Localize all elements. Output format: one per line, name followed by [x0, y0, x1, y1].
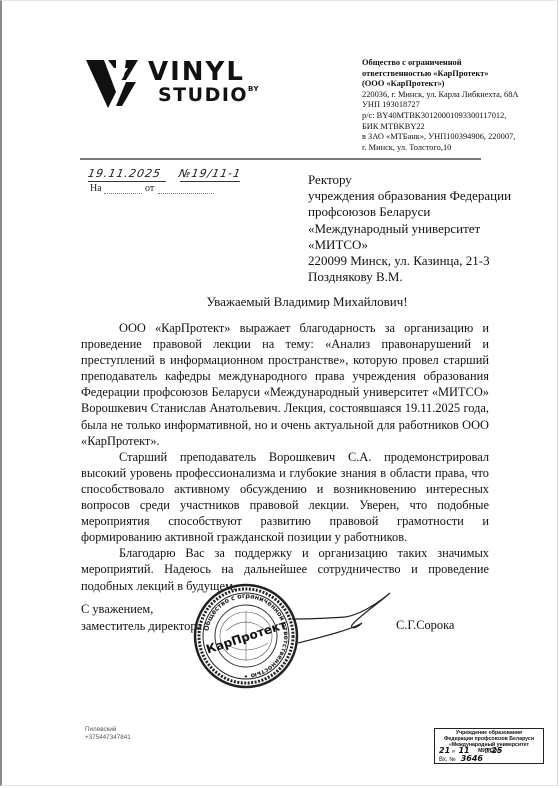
- company-letterhead-info: Общество с ограниченной ответственностью…: [362, 58, 552, 153]
- seal-center-text: КарПротект: [204, 617, 288, 656]
- company-seal-stamp: Общество с ограниченной ответственностью…: [193, 583, 299, 689]
- company-name-line: Общество с ограниченной: [362, 58, 552, 69]
- incoming-day: 21: [439, 746, 450, 755]
- company-name-line: ответственностью «КарПротект»: [362, 69, 552, 80]
- in-reply-label: На: [90, 183, 102, 194]
- company-address: 220036, г. Минск, ул. Карла Либкнехта, 6…: [362, 90, 552, 101]
- recipient-address-block: Ректору учреждения образования Федерации…: [308, 172, 548, 285]
- company-unp: УНП 193018727: [362, 100, 552, 111]
- letter-body: ООО «КарПротект» выражает благодарность …: [81, 320, 489, 594]
- closing-regards: С уважением,: [81, 601, 202, 618]
- body-paragraph: ООО «КарПротект» выражает благодарность …: [81, 320, 489, 449]
- in-reply-blank: [104, 193, 142, 194]
- company-bank-name: в ЗАО «МТБанк», УНП100394906, 220007,: [362, 132, 552, 143]
- recipient-line: Позднякову В.М.: [308, 269, 548, 285]
- recipient-line: учреждения образования Федерации: [308, 188, 548, 204]
- handwritten-signature: [290, 585, 400, 645]
- number-underline: [180, 181, 240, 182]
- recipient-line: профсоюзов Беларуси: [308, 204, 548, 220]
- incoming-year-suffix: 25: [491, 746, 502, 755]
- outgoing-date-number: 19.11.2025 №19/11-1: [87, 167, 242, 180]
- body-paragraph: Старший преподаватель Ворошкевич С.А. пр…: [81, 449, 489, 546]
- recipient-line: 220099 Минск, ул. Казинца, 21-3: [308, 253, 548, 269]
- company-name-line: (ООО «КарПротект»): [362, 79, 552, 90]
- from-label: от: [145, 183, 154, 194]
- seal-icon: Общество с ограниченной ответственностью…: [193, 583, 299, 689]
- incoming-number: Вх. № 3646: [439, 756, 539, 763]
- executor-info: Пилевский +375447347841: [85, 726, 131, 742]
- executor-name: Пилевский: [85, 726, 131, 734]
- v-mark-icon: [86, 58, 144, 110]
- logo-word-vinyl: VINYL: [148, 58, 245, 86]
- outgoing-date: 19.11.2025: [87, 167, 162, 180]
- company-bank-account: р/с: BY40MTBK30120001093300117012,: [362, 111, 552, 122]
- incoming-date: 21 » 11 2025: [439, 748, 539, 756]
- salutation-text: Уважаемый Владимир Михайлович!: [206, 294, 407, 310]
- outgoing-number: 19/11-1: [190, 167, 242, 180]
- company-bank-address: г. Минск, ул. Толстого,10: [362, 143, 552, 154]
- company-bik: БИК MTBKBY22: [362, 122, 552, 133]
- recipient-line: «Международный университет: [308, 221, 548, 237]
- closing-block: С уважением, заместитель директора: [81, 601, 202, 634]
- salutation: Уважаемый Владимир Михайлович!: [0, 294, 560, 310]
- incoming-registration-stamp: Учреждение образования Федерации профсою…: [434, 728, 544, 764]
- signature-icon: [290, 585, 400, 645]
- recipient-line: Ректору: [308, 172, 548, 188]
- letterhead-divider: [80, 158, 481, 160]
- incoming-number-value: 3646: [461, 754, 483, 763]
- recipient-line: «МИТСО»: [308, 237, 548, 253]
- from-blank: [158, 193, 214, 194]
- date-underline: [88, 181, 166, 182]
- logo-word-studio: STUDIO: [158, 84, 248, 106]
- signer-title: заместитель директора: [81, 618, 202, 635]
- vinyl-studio-logo: VINYL STUDIO BY: [86, 58, 276, 108]
- logo-suffix-by: BY: [248, 85, 259, 93]
- executor-phone: +375447347841: [85, 734, 131, 742]
- incoming-number-label: Вх. №: [439, 757, 456, 763]
- signer-name: С.Г.Сорока: [396, 618, 454, 633]
